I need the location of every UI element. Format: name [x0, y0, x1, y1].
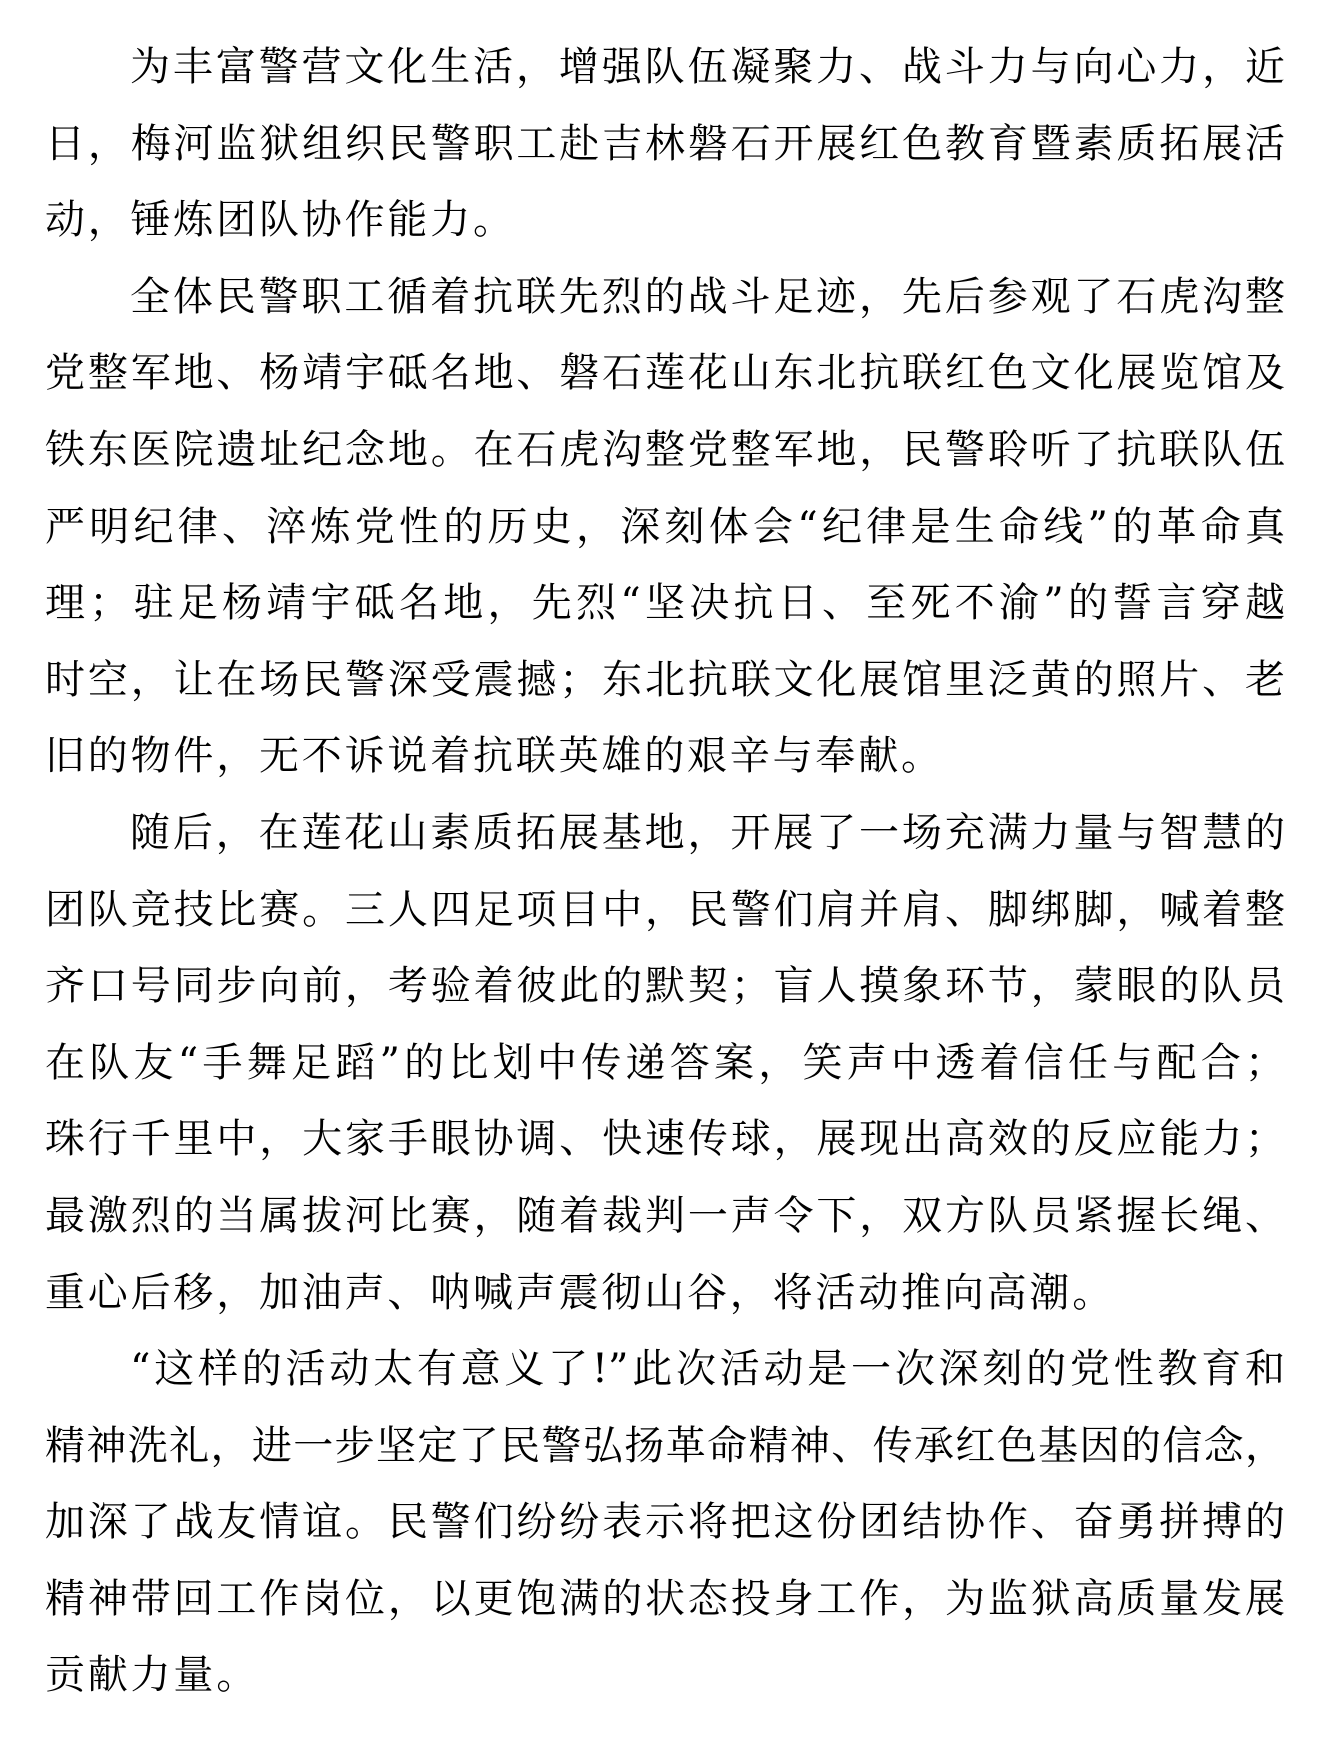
text-line: 时空，让在场民警深受震撼；东北抗联文化展馆里泛黄的照片、老 — [45, 642, 1285, 719]
text-line: 党整军地、杨靖宇砥名地、磐石莲花山东北抗联红色文化展览馆及 — [45, 335, 1285, 412]
text-line: 动，锤炼团队协作能力。 — [45, 182, 1285, 259]
text-line: 精神洗礼，进一步坚定了民警弘扬革命精神、传承红色基因的信念， — [45, 1408, 1285, 1485]
text-line: 重心后移，加油声、呐喊声震彻山谷，将活动推向高潮。 — [45, 1255, 1285, 1332]
text-line: 为丰富警营文化生活，增强队伍凝聚力、战斗力与向心力，近 — [45, 29, 1285, 106]
paragraph-4: “这样的活动太有意义了!”此次活动是一次深刻的党性教育和 精神洗礼，进一步坚定了… — [45, 1331, 1285, 1714]
text-line: 贡献力量。 — [45, 1637, 1285, 1714]
document-page: 为丰富警营文化生活，增强队伍凝聚力、战斗力与向心力，近 日，梅河监狱组织民警职工… — [45, 29, 1285, 1714]
text-line: 精神带回工作岗位，以更饱满的状态投身工作，为监狱高质量发展 — [45, 1561, 1285, 1638]
text-line: 日，梅河监狱组织民警职工赴吉林磐石开展红色教育暨素质拓展活 — [45, 106, 1285, 183]
text-line: 加深了战友情谊。民警们纷纷表示将把这份团结协作、奋勇拼搏的 — [45, 1484, 1285, 1561]
text-line: 严明纪律、淬炼党性的历史，深刻体会“纪律是生命线”的革命真 — [45, 489, 1285, 566]
text-line: 旧的物件，无不诉说着抗联英雄的艰辛与奉献。 — [45, 718, 1285, 795]
text-line: 铁东医院遗址纪念地。在石虎沟整党整军地，民警聆听了抗联队伍 — [45, 412, 1285, 489]
text-line: 珠行千里中，大家手眼协调、快速传球，展现出高效的反应能力； — [45, 1101, 1285, 1178]
text-line: 团队竞技比赛。三人四足项目中，民警们肩并肩、脚绑脚，喊着整 — [45, 872, 1285, 949]
text-line: 在队友“手舞足蹈”的比划中传递答案，笑声中透着信任与配合； — [45, 1025, 1285, 1102]
text-line: 随后，在莲花山素质拓展基地，开展了一场充满力量与智慧的 — [45, 795, 1285, 872]
text-line: 理；驻足杨靖宇砥名地，先烈“坚决抗日、至死不渝”的誓言穿越 — [45, 565, 1285, 642]
text-line: 最激烈的当属拔河比赛，随着裁判一声令下，双方队员紧握长绳、 — [45, 1178, 1285, 1255]
text-line: 全体民警职工循着抗联先烈的战斗足迹，先后参观了石虎沟整 — [45, 259, 1285, 336]
paragraph-1: 为丰富警营文化生活，增强队伍凝聚力、战斗力与向心力，近 日，梅河监狱组织民警职工… — [45, 29, 1285, 259]
text-line: 齐口号同步向前，考验着彼此的默契；盲人摸象环节，蒙眼的队员 — [45, 948, 1285, 1025]
text-line: “这样的活动太有意义了!”此次活动是一次深刻的党性教育和 — [45, 1331, 1285, 1408]
paragraph-3: 随后，在莲花山素质拓展基地，开展了一场充满力量与智慧的 团队竞技比赛。三人四足项… — [45, 795, 1285, 1331]
paragraph-2: 全体民警职工循着抗联先烈的战斗足迹，先后参观了石虎沟整 党整军地、杨靖宇砥名地、… — [45, 259, 1285, 795]
